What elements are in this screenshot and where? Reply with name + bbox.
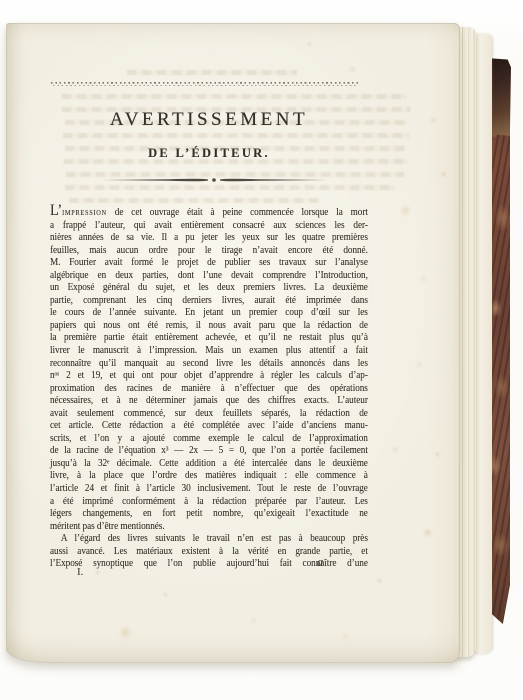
signature-mark: a [317,555,323,570]
body-line: cet article. Cette rédaction a été compl… [50,420,368,433]
book-page: AVERTISSEMENT DE L’ÉDITEUR. L’impression… [6,23,460,663]
body-line: nières années de sa vie. Il a pu jeter l… [50,232,368,245]
body-line: a frappé l’auteur, qui avait entièrement… [50,220,368,233]
page-title: AVERTISSEMENT [50,109,368,131]
body-line: nécessaires, et à ne déterminer jamais q… [50,395,368,408]
body-line: livrer le manuscrit à l’impression. Mais… [50,345,368,358]
drop-cap-initial: L’ [50,202,62,219]
body-line: livre, à la place que l’ordre des matièr… [50,470,368,483]
body-line: partie, comprenant les cinq derniers liv… [50,295,368,308]
body-line: nᵒˢ 2 et 19, et qui ont pour objet d’app… [50,370,368,383]
swelled-rule-ornament [101,176,327,184]
volume-numeral: I. [77,566,83,578]
show-through-text [65,185,395,190]
book-photograph: AVERTISSEMENT DE L’ÉDITEUR. L’impression… [0,0,523,700]
body-line: jusqu’à la 32ᵉ décimale. Cette addition … [50,458,368,471]
page-subtitle: DE L’ÉDITEUR. [50,146,368,161]
body-line: la première partie était entièrement ach… [50,332,368,345]
body-line: de la racine de l’équation x³ — 2x — 5 =… [50,445,368,458]
small-caps-word: impression [62,207,107,218]
body-line: A l’égard des livres suivants le travail… [50,533,368,546]
show-through-text [62,94,407,99]
body-line: proximation des racines de manière à n’e… [50,383,368,396]
body-line-opening: L’impression de cet ouvrage était à pein… [50,203,368,220]
body-text: L’impression de cet ouvrage était à pein… [50,203,368,571]
body-line: l’article 24 et finit à l’article 30 inc… [50,483,368,496]
foxing-spots [7,24,8,25]
dotted-header-rule [51,82,359,87]
body-line: le cours de l’année suivante. En jetant … [50,307,368,320]
body-line: papiers qui nous ont été remis, il nous … [50,320,368,333]
body-line: méritent pas d’être mentionnés. [50,521,368,534]
body-line: M. Fourier avait formé le projet de publ… [50,257,368,270]
body-line: algébrique en deux parties, dont l’une d… [50,270,368,283]
body-line: scrits, et l’on y a ajouté comme exemple… [50,433,368,446]
show-through-text [127,70,297,75]
body-line: a été imprimé conformément à la rédactio… [50,496,368,509]
show-through-text [63,133,409,138]
body-line: reconnaître qu’il manquait au second liv… [50,358,368,371]
paragraph-1: a frappé l’auteur, qui avait entièrement… [50,220,368,534]
body-line: avait seulement commencé, sur deux feuil… [50,408,368,421]
body-line: un Exposé général du sujet, et les deux … [50,282,368,295]
opening-line-rest: de cet ouvrage était à peine commencée l… [115,207,368,218]
body-line: feuilles, mais aucun ordre pour le tirag… [50,245,368,258]
body-line: légers changements, en fort petit nombre… [50,508,368,521]
